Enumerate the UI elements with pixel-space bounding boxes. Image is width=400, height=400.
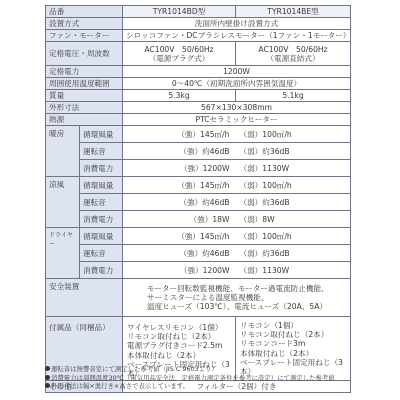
value-ambient-temp: 0～40℃（初期洗面所内雰囲気温度）	[123, 78, 351, 90]
value-mass-a: 5.3kg	[123, 90, 236, 102]
accessory-item: リモコンコード3m	[240, 339, 346, 348]
value-weak: （弱）約36dB	[236, 194, 351, 211]
row-heat-source: 熱源 PTCセラミックヒーター	[46, 114, 351, 126]
row-dimensions: 外形寸法 567×130×308mm	[46, 102, 351, 114]
row-ambient-temp: 周囲使用温度範囲 0～40℃（初期洗面所内雰囲気温度）	[46, 78, 351, 90]
value-rated-power: 1200W	[123, 66, 351, 78]
safety-line: モーター回転数監視機能、モーター過電流防止機能、	[147, 284, 346, 293]
value-strong: （強）145㎥/h	[123, 228, 236, 245]
value-voltage-b: AC100V 50/60Hz （電源直結式）	[236, 42, 351, 66]
row-dryer-noise: 運転音 （強）約46dB （弱）約36dB	[46, 245, 351, 262]
label-mode-heating: 暖房	[46, 126, 80, 177]
label-fan-motor: ファン・モーター	[46, 30, 123, 42]
label-mass: 質量	[46, 90, 123, 102]
value-weak: （弱）約36dB	[236, 245, 351, 262]
label-power: 消費電力	[80, 211, 123, 228]
label-model: 品番	[46, 6, 123, 18]
footnote: 消費電力は周囲温度30℃（電気用品安全法 定格電力測定条件を参考に設定）にて測定…	[45, 374, 400, 383]
label-airflow: 循環風量	[80, 126, 123, 143]
label-power: 消費電力	[80, 262, 123, 279]
footnotes: 運転音は無響音室にて測定した参考値（JIS C 9603より） 消費電力は周囲温…	[45, 365, 400, 391]
label-voltage: 定格電圧・周波数	[46, 42, 123, 66]
value-voltage-a: AC100V 50/60Hz （電源プラグ式）	[123, 42, 236, 66]
value-strong: （強）約46dB	[123, 245, 236, 262]
label-safety: 安全装置	[46, 279, 123, 317]
accessory-item: リモコン（1個）	[240, 321, 346, 330]
label-rated-power: 定格電力	[46, 66, 123, 78]
label-airflow: 循環風量	[80, 177, 123, 194]
row-model: 品番 TYR1014BD型 TYR1014BE型	[46, 6, 351, 18]
bullet-icon	[45, 375, 50, 380]
label-dimensions: 外形寸法	[46, 102, 123, 114]
value-strong: （強）約46dB	[123, 194, 236, 211]
label-install: 設置方式	[46, 18, 123, 30]
value-mass-b: 5.1kg	[236, 90, 351, 102]
row-rated-power: 定格電力 1200W	[46, 66, 351, 78]
accessory-item: 本体取付ねじ（2本）	[240, 349, 346, 358]
footnote-text: 運転音は無響音室にて測定した参考値（JIS C 9603より）	[51, 365, 218, 373]
safety-line: 温度ヒューズ（103℃）、電流ヒューズ（20A、5A）	[147, 302, 346, 311]
value-strong: （強）1200W	[123, 262, 236, 279]
voltage-a-line1: AC100V 50/60Hz	[126, 45, 232, 54]
value-strong: （強）145㎥/h	[123, 177, 236, 194]
voltage-b-line2: （電源直結式）	[239, 54, 347, 63]
voltage-b-line1: AC100V 50/60Hz	[239, 45, 347, 54]
value-strong: （強）約46dB	[123, 143, 236, 160]
row-dryer-airflow: ドライヤー 循環風量 （強）145㎥/h （弱）100㎥/h	[46, 228, 351, 245]
label-noise: 運転音	[80, 194, 123, 211]
value-weak: （弱）8W	[236, 211, 351, 228]
value-weak: （弱）約36dB	[236, 143, 351, 160]
value-heat-source: PTCセラミックヒーター	[123, 114, 351, 126]
row-voltage: 定格電圧・周波数 AC100V 50/60Hz （電源プラグ式） AC100V …	[46, 42, 351, 66]
value-safety: モーター回転数監視機能、モーター過電流防止機能、 サーミスターによる温度監視機能…	[123, 279, 351, 317]
value-weak: （弱）1130W	[236, 160, 351, 177]
model-a: TYR1014BD型	[123, 6, 236, 18]
value-weak: （弱）1130W	[236, 262, 351, 279]
safety-line: サーミスターによる温度監視機能、	[147, 293, 346, 302]
value-weak: （弱）100㎥/h	[236, 228, 351, 245]
value-strong: （強）1200W	[123, 160, 236, 177]
row-dryer-power: 消費電力 （強）1200W （弱）1130W	[46, 262, 351, 279]
value-weak: （弱）100㎥/h	[236, 126, 351, 143]
footnote-text: 外形寸法は幅×奥行き×高さで表示しています。	[51, 382, 189, 390]
bullet-icon	[45, 383, 50, 388]
bullet-icon	[45, 366, 50, 371]
spec-table: 品番 TYR1014BD型 TYR1014BE型 設置方式 洗面所内壁掛け設置方…	[45, 5, 351, 393]
value-strong: （強）145㎥/h	[123, 126, 236, 143]
label-airflow: 循環風量	[80, 228, 123, 245]
value-weak: （弱）100㎥/h	[236, 177, 351, 194]
row-cool-power: 消費電力 （強）18W （弱）8W	[46, 211, 351, 228]
footnote: 運転音は無響音室にて測定した参考値（JIS C 9603より）	[45, 365, 400, 374]
label-noise: 運転音	[80, 143, 123, 160]
row-fan-motor: ファン・モーター シロッコファン・DCブラシレスモーター（1ファン・1モーター）	[46, 30, 351, 42]
label-mode-cool: 涼風	[46, 177, 80, 228]
row-safety: 安全装置 モーター回転数監視機能、モーター過電流防止機能、 サーミスターによる温…	[46, 279, 351, 317]
label-noise: 運転音	[80, 245, 123, 262]
row-heating-airflow: 暖房 循環風量 （強）145㎥/h （弱）100㎥/h	[46, 126, 351, 143]
footnote-text: 消費電力は周囲温度30℃（電気用品安全法 定格電力測定条件を参考に設定）にて測定…	[51, 374, 335, 382]
row-heating-power: 消費電力 （強）1200W （弱）1130W	[46, 160, 351, 177]
accessory-item: 本体取付ねじ（2本）	[127, 351, 231, 360]
label-power: 消費電力	[80, 160, 123, 177]
row-heating-noise: 運転音 （強）約46dB （弱）約36dB	[46, 143, 351, 160]
row-mass: 質量 5.3kg 5.1kg	[46, 90, 351, 102]
row-cool-noise: 運転音 （強）約46dB （弱）約36dB	[46, 194, 351, 211]
accessory-item: ワイヤレスリモコン（1個）	[127, 323, 231, 332]
voltage-a-line2: （電源プラグ式）	[126, 54, 232, 63]
accessory-item: 電源プラグ付きコード2.5m	[127, 341, 231, 350]
value-strong: （強）18W	[123, 211, 236, 228]
value-fan-motor: シロッコファン・DCブラシレスモーター（1ファン・1モーター）	[123, 30, 351, 42]
label-heat-source: 熱源	[46, 114, 123, 126]
row-install: 設置方式 洗面所内壁掛け設置方式	[46, 18, 351, 30]
model-b: TYR1014BE型	[236, 6, 351, 18]
row-cool-airflow: 涼風 循環風量 （強）145㎥/h （弱）100㎥/h	[46, 177, 351, 194]
label-ambient-temp: 周囲使用温度範囲	[46, 78, 123, 90]
value-install: 洗面所内壁掛け設置方式	[123, 18, 351, 30]
value-dimensions: 567×130×308mm	[123, 102, 351, 114]
label-mode-dryer: ドライヤー	[46, 228, 80, 279]
accessory-item: リモコン取付ねじ（2本）	[240, 330, 346, 339]
footnote: 外形寸法は幅×奥行き×高さで表示しています。	[45, 382, 400, 391]
